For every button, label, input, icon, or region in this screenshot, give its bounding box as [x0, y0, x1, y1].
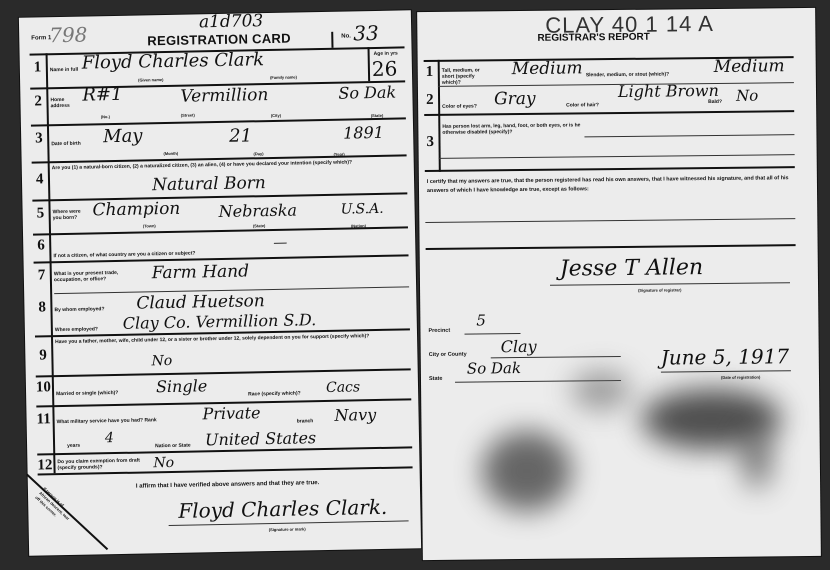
- name-label: Name in full: [50, 67, 78, 74]
- signature-caption: (Signature or mark): [269, 526, 306, 532]
- given-name-caption: (Given name): [138, 77, 163, 82]
- state-value: So Dak: [467, 359, 521, 378]
- name-value: Floyd Charles Clark: [82, 49, 265, 73]
- row-number: 8: [38, 299, 46, 316]
- employment-place-value: Clay Co. Vermillion S.D.: [123, 310, 317, 333]
- corner-note: If person is of African descent, tear of…: [33, 486, 75, 526]
- row-number: 3: [426, 134, 434, 151]
- citizenship-value: Natural Born: [152, 173, 266, 195]
- registration-date-caption: (Date of registration): [721, 375, 760, 380]
- card-no: 33: [353, 21, 379, 45]
- certification-text: I certify that my answers are true, that…: [427, 174, 791, 196]
- employer-value: Claud Huetson: [136, 291, 265, 313]
- birthplace-town: Champion: [92, 199, 180, 221]
- form-number: 798: [49, 23, 88, 48]
- registration-card: Form 1 798 a1d703 REGISTRATION CARD No. …: [19, 10, 421, 555]
- build-value: Medium: [714, 56, 785, 77]
- registrars-report: CLAY 40 1 14 A REGISTRAR'S REPORT 1 Tall…: [417, 8, 821, 560]
- marital-value: Single: [156, 376, 208, 396]
- height-value: Medium: [512, 58, 583, 79]
- eye-color-label: Color of eyes?: [442, 103, 477, 109]
- marital-label: Married or single (which)?: [56, 390, 118, 397]
- birthplace-nation: U.S.A.: [340, 201, 383, 218]
- dob-month: May: [103, 125, 143, 147]
- registrar-signature: Jesse T Allen: [560, 255, 704, 281]
- row-number: 12: [37, 457, 52, 474]
- dob-day: 21: [229, 125, 252, 146]
- age-value: 26: [372, 57, 398, 81]
- military-rank-label: What military service have you had? Rank: [57, 417, 157, 425]
- caption: (City): [271, 113, 281, 118]
- occupation-value: Farm Hand: [152, 261, 250, 283]
- row-number: 11: [36, 411, 51, 428]
- city-label: City or County: [429, 352, 467, 358]
- row-number: 1: [34, 59, 42, 76]
- caption: (Town): [143, 223, 156, 228]
- caption: (State): [253, 223, 266, 228]
- caption: (Street): [181, 112, 195, 117]
- foreign-citizen-value: —: [273, 235, 287, 251]
- registrar-signature-caption: (Signature of registrar): [638, 287, 681, 292]
- birthplace-label: Where were you born?: [53, 209, 87, 222]
- registration-date: June 5, 1917: [661, 344, 790, 369]
- height-label: Tall, medium, or short (specify which)?: [442, 67, 482, 85]
- hair-color-value: Light Brown: [618, 81, 719, 101]
- address-number: R#1: [82, 84, 122, 106]
- military-nation-value: United States: [205, 428, 317, 449]
- dob-year: 1891: [343, 123, 384, 143]
- exemption-value: No: [153, 455, 174, 471]
- city-value: Clay: [501, 337, 537, 356]
- military-branch-label: branch: [297, 418, 314, 424]
- build-label: Slender, medium, or stout (which)?: [586, 71, 669, 78]
- military-branch-value: Navy: [334, 405, 376, 425]
- bald-label: Bald?: [708, 99, 722, 105]
- caption: (Month): [163, 151, 178, 156]
- address-city: Vermillion: [180, 85, 268, 107]
- caption: (No.): [101, 114, 110, 119]
- military-years-label: years: [67, 443, 80, 449]
- home-address-label: Home address: [50, 97, 74, 109]
- military-rank-value: Private: [202, 403, 260, 423]
- card-no-label: No.: [341, 33, 351, 39]
- stain: [571, 370, 631, 411]
- row-number: 7: [38, 267, 46, 284]
- report-title: REGISTRAR'S REPORT: [537, 32, 649, 44]
- row-number: 6: [37, 237, 45, 254]
- row-number: 4: [36, 171, 44, 188]
- military-years-value: 4: [105, 430, 114, 446]
- eye-color-value: Gray: [494, 89, 536, 109]
- card-title: REGISTRATION CARD: [147, 31, 291, 49]
- row-number: 1: [426, 64, 434, 81]
- stain: [742, 428, 773, 488]
- row-number: 2: [426, 92, 434, 109]
- hair-color-label: Color of hair?: [566, 102, 599, 108]
- birthplace-state: Nebraska: [218, 201, 297, 222]
- stain: [482, 431, 573, 512]
- row-number: 5: [36, 205, 44, 222]
- dependents-value: No: [151, 353, 172, 369]
- family-name-caption: (Family name): [270, 74, 297, 80]
- row-number: 10: [36, 379, 51, 396]
- precinct-label: Precinct: [428, 328, 450, 334]
- precinct-value: 5: [476, 311, 486, 329]
- caption: (Day): [253, 151, 263, 156]
- row-number: 9: [39, 347, 47, 364]
- occupation-label: What is your present trade, occupation, …: [54, 270, 124, 283]
- exemption-label: Do you claim exemption from draft (speci…: [57, 457, 147, 471]
- disability-label: Has person lost arm, leg, hand, foot, or…: [442, 122, 582, 135]
- employer-label: By whom employed?: [54, 306, 104, 313]
- dob-label: Date of birth: [51, 141, 81, 148]
- race-label: Race (specify which)?: [248, 390, 301, 397]
- state-label: State: [429, 376, 443, 382]
- row-number: 2: [34, 93, 42, 110]
- row-number: 3: [35, 130, 43, 147]
- registrant-signature: Floyd Charles Clark.: [178, 495, 387, 523]
- race-value: Cacs: [326, 379, 360, 396]
- affirmation-text: I affirm that I have verified above answ…: [136, 480, 319, 490]
- address-state: So Dak: [338, 83, 396, 103]
- file-note: a1d703: [199, 11, 264, 32]
- employment-place-label: Where employed?: [55, 326, 98, 333]
- bald-value: No: [736, 87, 758, 105]
- military-nation-label: Nation or State: [155, 443, 191, 450]
